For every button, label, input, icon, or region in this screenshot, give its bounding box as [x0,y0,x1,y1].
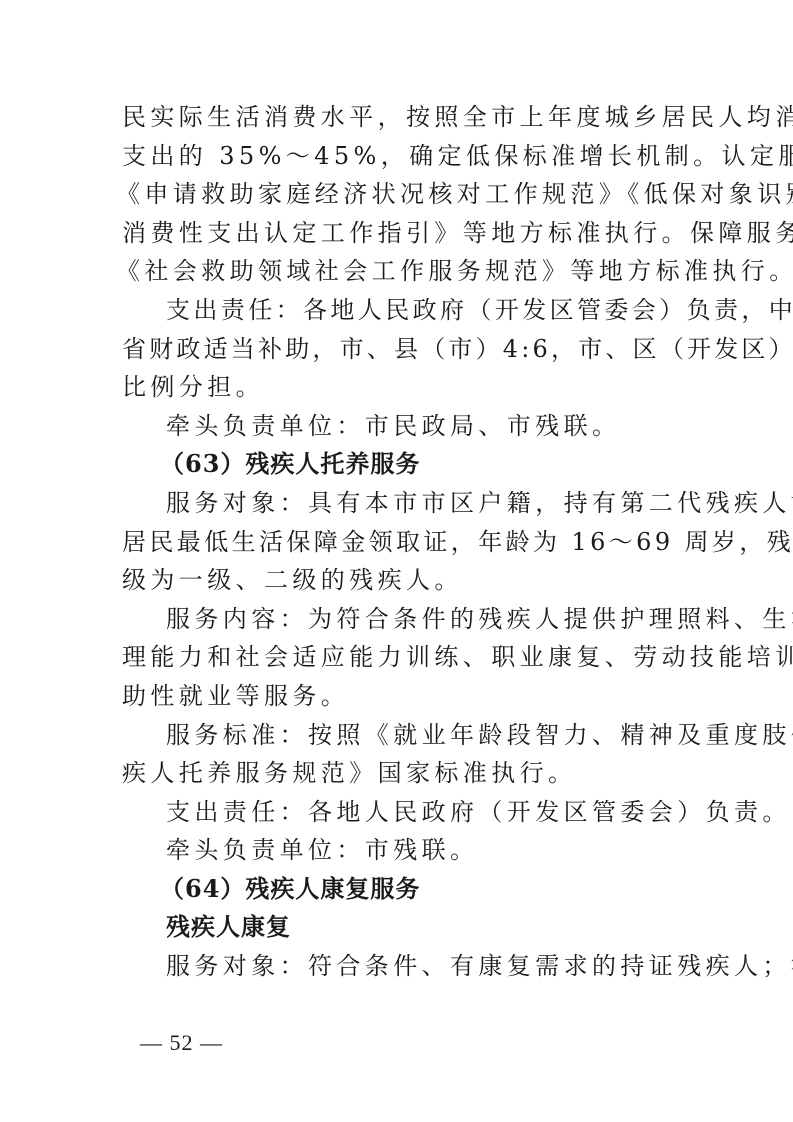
paragraph-service-target: 服务对象：符合条件、有康复需求的持证残疾人；符合 [122,947,674,986]
body-line: 助性就业等服务。 [122,677,674,716]
body-line: 居民最低生活保障金领取证，年龄为 16～69 周岁，残疾等 [122,523,674,562]
body-line: 比例分担。 [122,368,674,407]
paragraph-service-standard: 服务标准：按照《就业年龄段智力、精神及重度肢体残 [122,716,674,755]
paragraph-expenditure-responsibility: 支出责任：各地人民政府（开发区管委会）负责，中央、 [122,291,674,330]
body-line: 疾人托养服务规范》国家标准执行。 [122,754,674,793]
body-line: 级为一级、二级的残疾人。 [122,561,674,600]
body-line: 《社会救助领域社会工作服务规范》等地方标准执行。 [116,252,674,291]
document-body: 民实际生活消费水平，按照全市上年度城乡居民人均消费性 支出的 35%～45%，确… [122,98,674,986]
section-heading-63: （63）残疾人托养服务 [122,445,674,484]
paragraph-service-target: 服务对象：具有本市市区户籍，持有第二代残疾人证和 [122,484,674,523]
paragraph-expenditure-responsibility: 支出责任：各地人民政府（开发区管委会）负责。 [122,793,674,832]
body-line: 支出的 35%～45%，确定低保标准增长机制。认定服务参照 [122,137,674,176]
paragraph-service-content: 服务内容：为符合条件的残疾人提供护理照料、生活自 [122,600,674,639]
sub-heading-rehabilitation: 残疾人康复 [122,908,674,947]
document-page: 民实际生活消费水平，按照全市上年度城乡居民人均消费性 支出的 35%～45%，确… [0,0,793,1122]
body-line: 省财政适当补助，市、县（市）4:6，市、区（开发区）5:5 [122,330,674,369]
page-number: — 52 — [140,1030,223,1056]
body-line: 《申请救助家庭经济状况核对工作规范》《低保对象识别中 [116,175,674,214]
body-line: 理能力和社会适应能力训练、职业康复、劳动技能培训、辅 [122,638,674,677]
body-line: 民实际生活消费水平，按照全市上年度城乡居民人均消费性 [122,98,674,137]
section-heading-64: （64）残疾人康复服务 [122,870,674,909]
paragraph-lead-unit: 牵头负责单位：市民政局、市残联。 [122,407,674,446]
body-line: 消费性支出认定工作指引》等地方标准执行。保障服务参照 [122,214,674,253]
paragraph-lead-unit: 牵头负责单位：市残联。 [122,831,674,870]
